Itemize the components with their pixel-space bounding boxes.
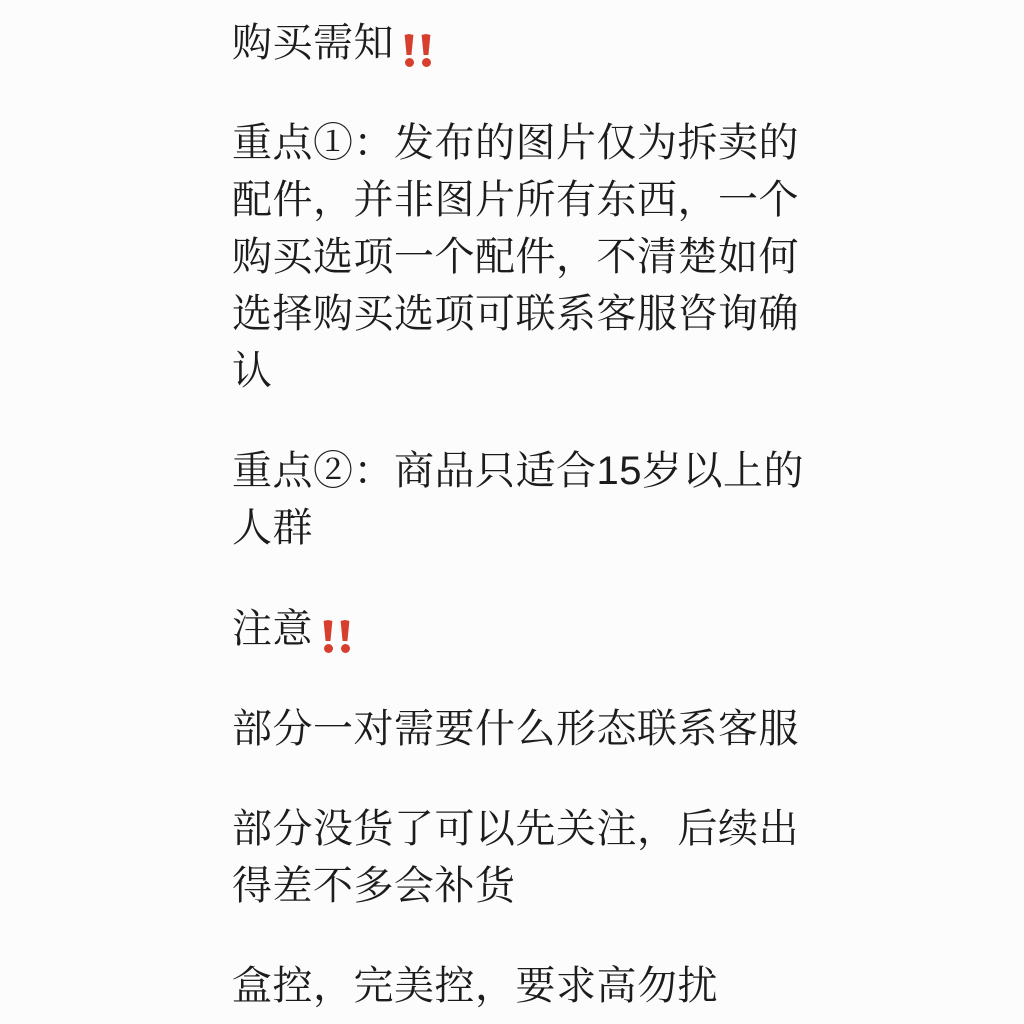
text-line: 配件，并非图片所有东西，一个 <box>232 172 1004 229</box>
text-line: 选择购买选项可联系客服咨询确 <box>232 286 1004 343</box>
text-line: 认 <box>232 343 1004 400</box>
notice-title-text: 购买需知 <box>232 21 394 65</box>
paragraph-restock: 部分没货了可以先关注，后续出 得差不多会补货 <box>232 801 1004 915</box>
exclamation-mark-icon <box>339 620 351 653</box>
purchase-notice-page: 购买需知 重点①：发布的图片仅为拆卖的 配件，并非图片所有东西，一个 购买选项一… <box>0 0 1024 1024</box>
paragraph-disclaimer: 盒控，完美控，要求高勿扰 <box>232 958 1004 1015</box>
text-line: 人群 <box>232 500 1004 557</box>
attention-heading-text: 注意 <box>232 607 313 651</box>
text-line: 部分没货了可以先关注，后续出 <box>232 801 1004 858</box>
text-line: 重点②：商品只适合15岁以上的 <box>232 443 1004 500</box>
attention-heading-block: 注意 <box>232 600 1004 658</box>
text-line: 购买选项一个配件，不清楚如何 <box>232 229 1004 286</box>
notice-title-line: 购买需知 <box>232 14 1004 72</box>
notice-title-block: 购买需知 <box>232 14 1004 72</box>
exclamation-mark-icon <box>420 34 432 67</box>
paragraph-important-1: 重点①：发布的图片仅为拆卖的 配件，并非图片所有东西，一个 购买选项一个配件，不… <box>232 115 1004 400</box>
text-line: 得差不多会补货 <box>232 858 1004 915</box>
text-line: 部分一对需要什么形态联系客服 <box>232 701 1004 758</box>
paragraph-important-2: 重点②：商品只适合15岁以上的 人群 <box>232 443 1004 557</box>
paragraph-contact-service: 部分一对需要什么形态联系客服 <box>232 701 1004 758</box>
text-line: 重点①：发布的图片仅为拆卖的 <box>232 115 1004 172</box>
exclamation-mark-icon <box>322 620 334 653</box>
attention-heading-line: 注意 <box>232 600 1004 658</box>
double-exclamation-icon <box>403 14 432 47</box>
text-line: 盒控，完美控，要求高勿扰 <box>232 958 1004 1015</box>
exclamation-mark-icon <box>403 34 415 67</box>
double-exclamation-icon <box>322 600 351 633</box>
